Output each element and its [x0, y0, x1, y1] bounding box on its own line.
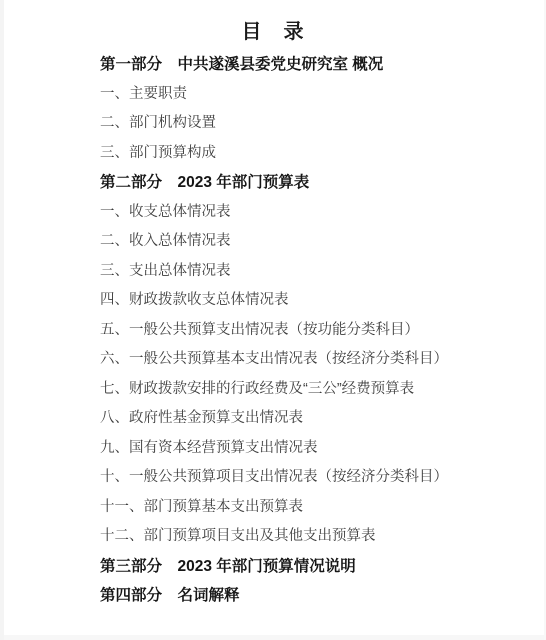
document-page: 目 录 第一部分 中共遂溪县委党史研究室 概况 一、主要职责 二、部门机构设置 …	[0, 0, 546, 640]
toc-part2-heading: 第二部分 2023 年部门预算表	[100, 168, 510, 198]
toc-item: 七、财政拨款安排的行政经费及“三公”经费预算表	[100, 375, 510, 405]
toc-part4-heading: 第四部分 名词解释	[100, 581, 510, 611]
toc-item: 十二、部门预算项目支出及其他支出预算表	[100, 522, 510, 552]
toc-item: 五、一般公共预算支出情况表（按功能分类科目）	[100, 316, 510, 346]
toc-item: 九、国有资本经营预算支出情况表	[100, 434, 510, 464]
toc-item: 十、一般公共预算项目支出情况表（按经济分类科目）	[100, 463, 510, 493]
toc-item: 十一、部门预算基本支出预算表	[100, 493, 510, 523]
toc-item: 一、主要职责	[100, 80, 510, 110]
toc-part1-heading: 第一部分 中共遂溪县委党史研究室 概况	[100, 50, 510, 80]
toc-item: 六、一般公共预算基本支出情况表（按经济分类科目）	[100, 345, 510, 375]
toc-item: 一、收支总体情况表	[100, 198, 510, 228]
toc-item: 二、部门机构设置	[100, 109, 510, 139]
page-title: 目 录	[0, 0, 546, 44]
toc-part3-heading: 第三部分 2023 年部门预算情况说明	[100, 552, 510, 582]
table-of-contents: 第一部分 中共遂溪县委党史研究室 概况 一、主要职责 二、部门机构设置 三、部门…	[0, 44, 546, 611]
toc-item: 三、支出总体情况表	[100, 257, 510, 287]
toc-item: 三、部门预算构成	[100, 139, 510, 169]
toc-item: 四、财政拨款收支总体情况表	[100, 286, 510, 316]
toc-item: 八、政府性基金预算支出情况表	[100, 404, 510, 434]
toc-item: 二、收入总体情况表	[100, 227, 510, 257]
